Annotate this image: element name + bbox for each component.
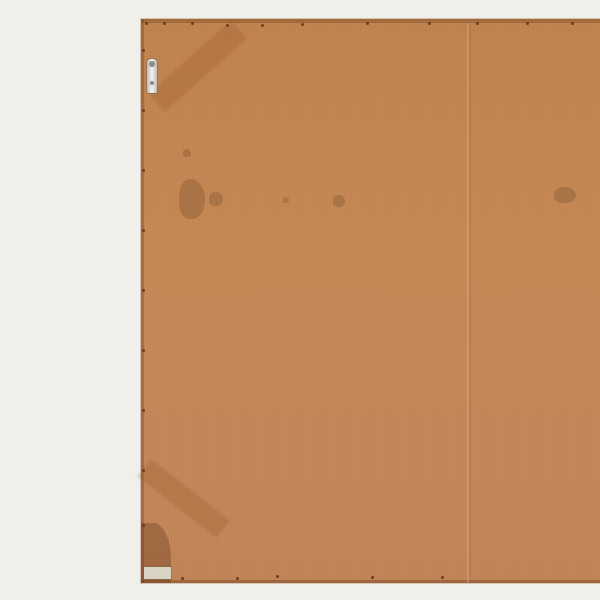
- tack: [142, 349, 145, 352]
- tack: [142, 169, 145, 172]
- left-edge: [141, 19, 144, 583]
- bottom-edge: [141, 580, 600, 583]
- corner-tape-mark-top: [149, 20, 247, 111]
- tack: [145, 22, 148, 25]
- tack: [301, 23, 304, 26]
- tack: [526, 22, 529, 25]
- tack: [142, 49, 145, 52]
- water-stain: [209, 192, 223, 206]
- water-stain: [333, 195, 345, 207]
- tack: [142, 229, 145, 232]
- tack: [476, 22, 479, 25]
- water-stain: [554, 187, 576, 203]
- sawtooth-hanger: [147, 59, 157, 93]
- tack: [191, 22, 194, 25]
- water-stain: [183, 149, 191, 157]
- tack: [428, 22, 431, 25]
- tack: [181, 577, 184, 580]
- tack: [236, 577, 239, 580]
- tack: [142, 524, 145, 527]
- water-stain: [283, 197, 289, 203]
- paper-label: [144, 567, 171, 579]
- water-stain: [179, 179, 205, 219]
- tack: [441, 576, 444, 579]
- tack: [276, 575, 279, 578]
- tack: [226, 24, 229, 27]
- tack: [163, 22, 166, 25]
- tack: [261, 24, 264, 27]
- tack: [366, 22, 369, 25]
- tack: [142, 469, 145, 472]
- top-edge: [141, 19, 600, 23]
- tack: [142, 409, 145, 412]
- tack: [371, 576, 374, 579]
- tack: [571, 22, 574, 25]
- artwork-backing-board: [141, 19, 600, 583]
- paper-seam: [467, 25, 469, 583]
- tack: [142, 109, 145, 112]
- tack: [142, 289, 145, 292]
